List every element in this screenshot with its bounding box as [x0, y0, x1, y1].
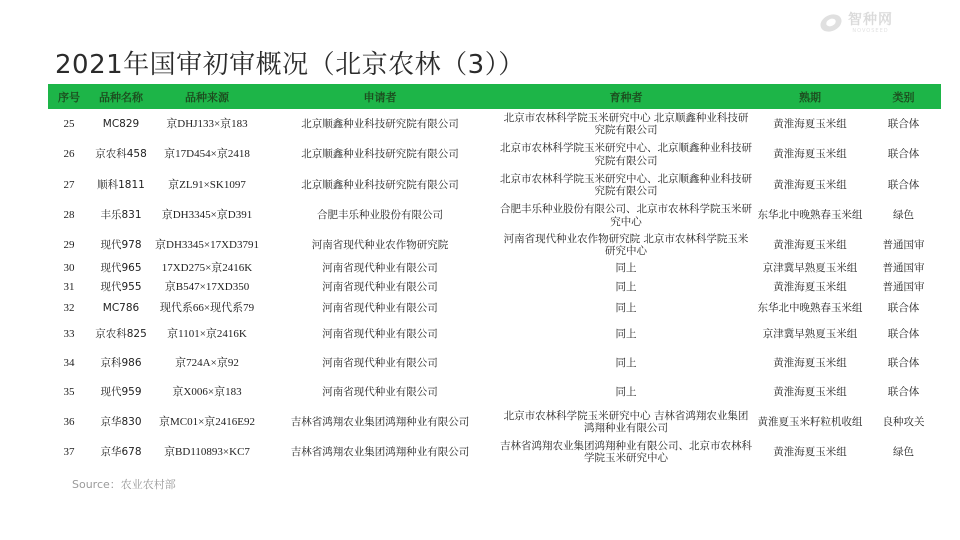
- cell-applicant: 北京顺鑫种业科技研究院有限公司: [262, 179, 498, 192]
- cell-maturity-group: 黄淮海夏玉米组: [754, 239, 866, 252]
- cell-variety-source: 京DHJ133×京183: [152, 118, 262, 131]
- cell-row-number: 26: [48, 148, 90, 161]
- cell-applicant: 河南省现代种业有限公司: [262, 386, 498, 399]
- page-title: 2021年国审初审概况（北京农林（3））: [55, 44, 525, 81]
- column-header-source: 品种来源: [152, 89, 262, 105]
- cell-variety-source: 京MC01×京2416E92: [152, 416, 262, 429]
- table-row: 28丰乐831京DH3345×京D391合肥丰乐种业股份有限公司合肥丰乐种业股份…: [48, 200, 941, 231]
- cell-applicant: 合肥丰乐种业股份有限公司: [262, 209, 498, 222]
- cell-category: 绿色: [866, 209, 941, 222]
- table-row: 27顺科1811京ZL91×SK1097北京顺鑫种业科技研究院有限公司北京市农林…: [48, 170, 941, 200]
- site-logo: 智种网 NOVOSEED: [818, 12, 893, 34]
- cell-category: 联合体: [866, 148, 941, 161]
- cell-variety-name: 京华678: [90, 446, 152, 459]
- cell-variety-source: 京DH3345×17XD3791: [152, 239, 262, 252]
- cell-breeder: 北京市农林科学院玉米研究中心 北京顺鑫种业科技研究院有限公司: [498, 112, 754, 137]
- table-row: 33京农科825京1101×京2416K河南省现代种业有限公司同上京津冀早熟夏玉…: [48, 319, 941, 349]
- variety-table: 序号 品种名称 品种来源 申请者 育种者 熟期 类别 25MC829京DHJ13…: [48, 84, 941, 467]
- cell-maturity-group: 东华北中晚熟春玉米组: [754, 302, 866, 315]
- cell-category: 联合体: [866, 357, 941, 370]
- cell-row-number: 33: [48, 328, 90, 341]
- cell-maturity-group: 黄淮海夏玉米组: [754, 446, 866, 459]
- column-header-no: 序号: [48, 89, 90, 105]
- cell-row-number: 36: [48, 416, 90, 429]
- cell-row-number: 37: [48, 446, 90, 459]
- cell-variety-source: 现代系66×现代系79: [152, 302, 262, 315]
- cell-variety-source: 京1101×京2416K: [152, 328, 262, 341]
- cell-variety-name: MC829: [90, 118, 152, 131]
- table-body: 25MC829京DHJ133×京183北京顺鑫种业科技研究院有限公司北京市农林科…: [48, 109, 941, 467]
- cell-variety-source: 京17D454×京2418: [152, 148, 262, 161]
- logo-mark-icon: [818, 12, 844, 34]
- cell-variety-name: 京科986: [90, 357, 152, 370]
- cell-variety-name: 现代955: [90, 281, 152, 294]
- column-header-breeder: 育种者: [498, 89, 754, 105]
- cell-maturity-group: 黄淮海夏玉米组: [754, 179, 866, 192]
- cell-category: 良种攻关: [866, 416, 941, 429]
- logo-name: 智种网: [848, 13, 893, 28]
- cell-breeder: 同上: [498, 386, 754, 399]
- cell-category: 普通国审: [866, 262, 941, 275]
- table-row: 29现代978京DH3345×17XD3791河南省现代种业农作物研究院河南省现…: [48, 231, 941, 259]
- cell-row-number: 29: [48, 239, 90, 252]
- cell-applicant: 河南省现代种业有限公司: [262, 302, 498, 315]
- cell-row-number: 28: [48, 209, 90, 222]
- cell-applicant: 吉林省鸿翔农业集团鸿翔种业有限公司: [262, 446, 498, 459]
- cell-breeder: 同上: [498, 302, 754, 315]
- cell-breeder: 合肥丰乐种业股份有限公司、北京市农林科学院玉米研究中心: [498, 203, 754, 228]
- cell-category: 普通国审: [866, 239, 941, 252]
- table-header: 序号 品种名称 品种来源 申请者 育种者 熟期 类别: [48, 84, 941, 109]
- cell-variety-name: 京农科825: [90, 328, 152, 341]
- cell-breeder: 同上: [498, 328, 754, 341]
- table-row: 26京农科458京17D454×京2418北京顺鑫种业科技研究院有限公司北京市农…: [48, 139, 941, 170]
- cell-variety-source: 京BD110893×KC7: [152, 446, 262, 459]
- cell-variety-source: 京724A×京92: [152, 357, 262, 370]
- cell-applicant: 河南省现代种业有限公司: [262, 328, 498, 341]
- cell-maturity-group: 京津冀早熟夏玉米组: [754, 328, 866, 341]
- cell-maturity-group: 黄淮海夏玉米组: [754, 357, 866, 370]
- cell-breeder: 同上: [498, 262, 754, 275]
- cell-applicant: 河南省现代种业有限公司: [262, 357, 498, 370]
- column-header-applicant: 申请者: [262, 89, 498, 105]
- cell-maturity-group: 黄淮海夏玉米组: [754, 118, 866, 131]
- cell-category: 联合体: [866, 328, 941, 341]
- cell-maturity-group: 京津冀早熟夏玉米组: [754, 262, 866, 275]
- cell-category: 绿色: [866, 446, 941, 459]
- cell-breeder: 北京市农林科学院玉米研究中心、北京顺鑫种业科技研究院有限公司: [498, 142, 754, 167]
- table-row: 32MC786现代系66×现代系79河南省现代种业有限公司同上东华北中晚熟春玉米…: [48, 297, 941, 319]
- table-row: 35现代959京X006×京183河南省现代种业有限公司同上黄淮海夏玉米组联合体: [48, 378, 941, 407]
- cell-breeder: 同上: [498, 281, 754, 294]
- cell-variety-name: 现代965: [90, 262, 152, 275]
- cell-variety-name: 京农科458: [90, 148, 152, 161]
- cell-applicant: 河南省现代种业有限公司: [262, 262, 498, 275]
- table-row: 37京华678京BD110893×KC7吉林省鸿翔农业集团鸿翔种业有限公司吉林省…: [48, 437, 941, 467]
- cell-variety-name: 京华830: [90, 416, 152, 429]
- cell-row-number: 31: [48, 281, 90, 294]
- cell-breeder: 吉林省鸿翔农业集团鸿翔种业有限公司、北京市农林科学院玉米研究中心: [498, 440, 754, 465]
- cell-applicant: 北京顺鑫种业科技研究院有限公司: [262, 118, 498, 131]
- cell-maturity-group: 黄淮海夏玉米组: [754, 281, 866, 294]
- cell-row-number: 30: [48, 262, 90, 275]
- cell-row-number: 27: [48, 179, 90, 192]
- cell-variety-name: 丰乐831: [90, 209, 152, 222]
- table-row: 30现代96517XD275×京2416K河南省现代种业有限公司同上京津冀早熟夏…: [48, 259, 941, 277]
- cell-breeder: 同上: [498, 357, 754, 370]
- table-row: 34京科986京724A×京92河南省现代种业有限公司同上黄淮海夏玉米组联合体: [48, 349, 941, 378]
- cell-category: 联合体: [866, 386, 941, 399]
- cell-maturity-group: 黄淮夏玉米籽粒机收组: [754, 416, 866, 429]
- table-row: 36京华830京MC01×京2416E92吉林省鸿翔农业集团鸿翔种业有限公司北京…: [48, 407, 941, 437]
- column-header-name: 品种名称: [90, 89, 152, 105]
- cell-category: 联合体: [866, 179, 941, 192]
- cell-variety-name: MC786: [90, 302, 152, 315]
- cell-breeder: 北京市农林科学院玉米研究中心 吉林省鸿翔农业集团鸿翔种业有限公司: [498, 410, 754, 435]
- cell-breeder: 北京市农林科学院玉米研究中心、北京顺鑫种业科技研究院有限公司: [498, 173, 754, 198]
- cell-applicant: 吉林省鸿翔农业集团鸿翔种业有限公司: [262, 416, 498, 429]
- cell-variety-name: 现代959: [90, 386, 152, 399]
- cell-row-number: 35: [48, 386, 90, 399]
- cell-variety-source: 京DH3345×京D391: [152, 209, 262, 222]
- cell-applicant: 河南省现代种业农作物研究院: [262, 239, 498, 252]
- logo-subtitle: NOVOSEED: [852, 28, 888, 34]
- cell-row-number: 34: [48, 357, 90, 370]
- cell-maturity-group: 黄淮海夏玉米组: [754, 148, 866, 161]
- column-header-category: 类别: [866, 89, 941, 105]
- cell-variety-source: 京ZL91×SK1097: [152, 179, 262, 192]
- cell-variety-source: 京B547×17XD350: [152, 281, 262, 294]
- cell-applicant: 河南省现代种业有限公司: [262, 281, 498, 294]
- cell-variety-name: 顺科1811: [90, 179, 152, 192]
- cell-category: 联合体: [866, 118, 941, 131]
- cell-variety-source: 17XD275×京2416K: [152, 262, 262, 275]
- cell-category: 普通国审: [866, 281, 941, 294]
- cell-row-number: 25: [48, 118, 90, 131]
- table-row: 25MC829京DHJ133×京183北京顺鑫种业科技研究院有限公司北京市农林科…: [48, 109, 941, 139]
- column-header-maturity: 熟期: [754, 89, 866, 105]
- cell-maturity-group: 黄淮海夏玉米组: [754, 386, 866, 399]
- table-row: 31现代955京B547×17XD350河南省现代种业有限公司同上黄淮海夏玉米组…: [48, 277, 941, 297]
- cell-row-number: 32: [48, 302, 90, 315]
- cell-category: 联合体: [866, 302, 941, 315]
- cell-variety-source: 京X006×京183: [152, 386, 262, 399]
- source-note: Source：农业农村部: [72, 476, 176, 492]
- cell-maturity-group: 东华北中晚熟春玉米组: [754, 209, 866, 222]
- cell-applicant: 北京顺鑫种业科技研究院有限公司: [262, 148, 498, 161]
- cell-variety-name: 现代978: [90, 239, 152, 252]
- cell-breeder: 河南省现代种业农作物研究院 北京市农林科学院玉米研究中心: [498, 233, 754, 258]
